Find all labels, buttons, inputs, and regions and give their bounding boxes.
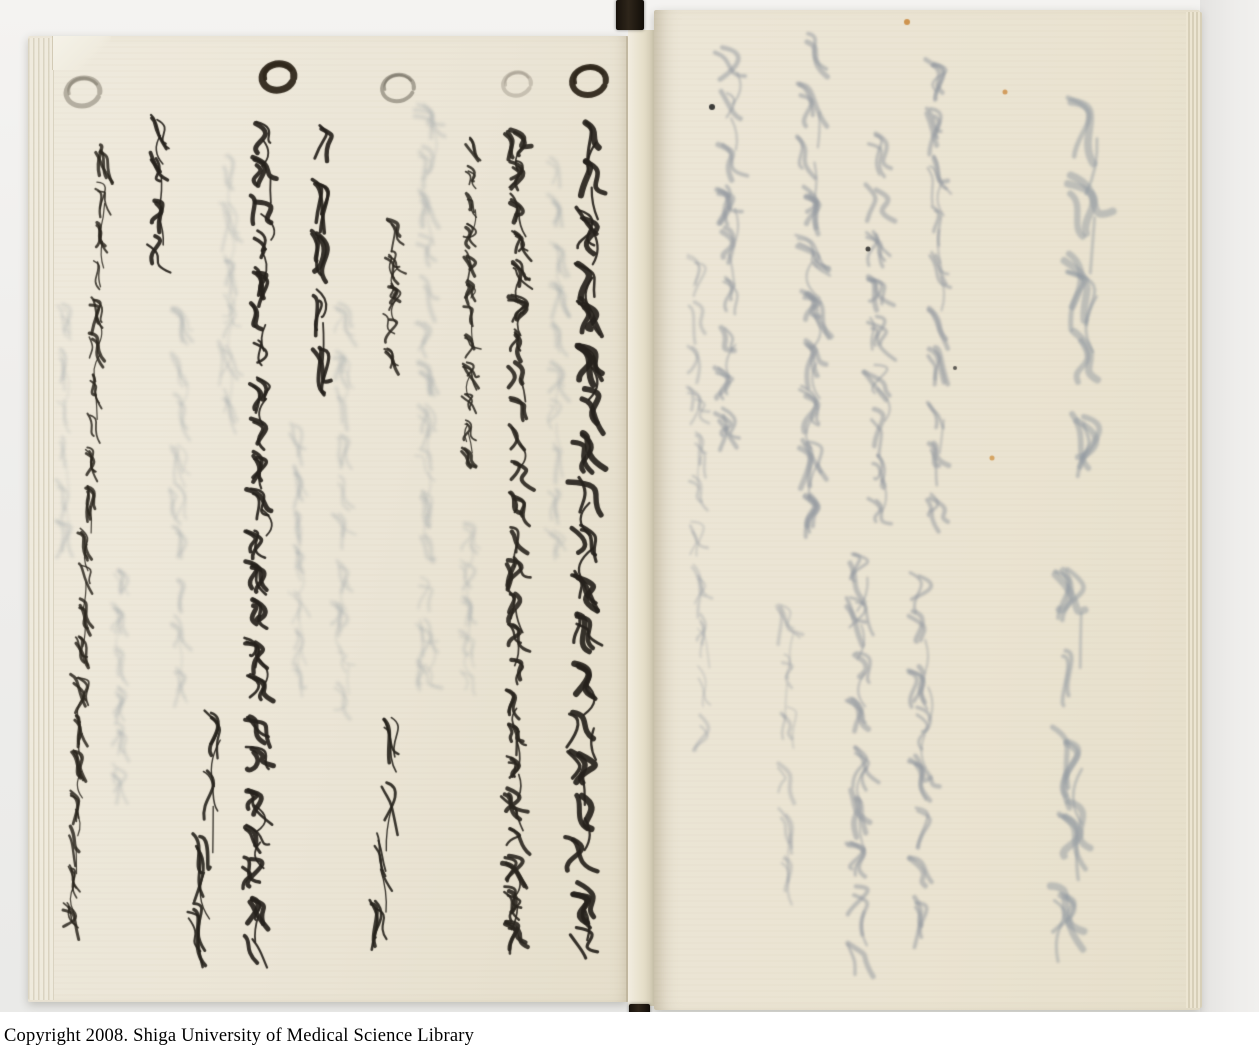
manuscript-scan: Copyright 2008. Shiga University of Medi…: [0, 0, 1259, 1054]
copyright-text: Copyright 2008. Shiga University of Medi…: [4, 1026, 474, 1047]
calligraphy-ink-layer: [0, 0, 1259, 1054]
